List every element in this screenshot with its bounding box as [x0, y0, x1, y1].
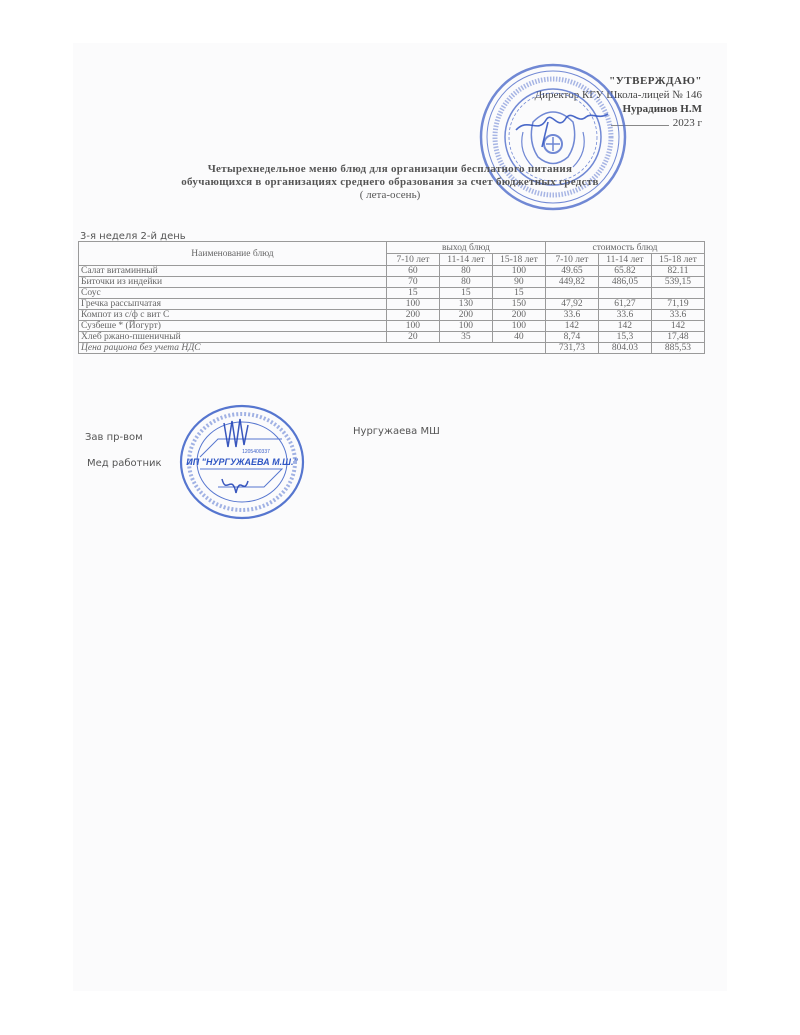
- dish-output: 100: [386, 321, 439, 332]
- svg-text:ИП "НУРГУЖАЕВА М.Ш.": ИП "НУРГУЖАЕВА М.Ш.": [186, 457, 298, 467]
- table-row: Сузбеше * (Йогурт)100100100142142142: [79, 321, 705, 332]
- dish-cost: [651, 288, 704, 299]
- dish-output: 35: [439, 332, 492, 343]
- dish-cost: 49.65: [545, 266, 598, 277]
- dish-name: Хлеб ржано-пшеничный: [79, 332, 387, 343]
- header-dish-name: Наименование блюд: [79, 242, 387, 266]
- dish-cost: [545, 288, 598, 299]
- dish-output: 15: [492, 288, 545, 299]
- total-cost: 731,73: [545, 343, 598, 354]
- dish-output: 15: [439, 288, 492, 299]
- table-row: Компот из с/ф с вит С20020020033.633.633…: [79, 310, 705, 321]
- dish-name: Компот из с/ф с вит С: [79, 310, 387, 321]
- dish-cost: [598, 288, 651, 299]
- table-row: Салат витаминный608010049.6565.8282.11: [79, 266, 705, 277]
- dish-cost: 15,3: [598, 332, 651, 343]
- dish-cost: 33.6: [598, 310, 651, 321]
- dish-output: 200: [492, 310, 545, 321]
- dish-output: 70: [386, 277, 439, 288]
- dish-output: 40: [492, 332, 545, 343]
- dish-output: 20: [386, 332, 439, 343]
- dish-output: 200: [386, 310, 439, 321]
- manager-name: Нургужаева МШ: [353, 426, 440, 437]
- total-cost: 804.03: [598, 343, 651, 354]
- dish-output: 130: [439, 299, 492, 310]
- dish-cost: 82.11: [651, 266, 704, 277]
- table-header-row: Наименование блюд выход блюд стоимость б…: [79, 242, 705, 254]
- dish-cost: 142: [651, 321, 704, 332]
- title-line-2: обучающихся в организациях среднего обра…: [150, 176, 630, 189]
- dish-output: 90: [492, 277, 545, 288]
- dish-output: 200: [439, 310, 492, 321]
- table-row: Биточки из индейки708090449,82486,05539,…: [79, 277, 705, 288]
- dish-cost: 71,19: [651, 299, 704, 310]
- dish-output: 100: [492, 321, 545, 332]
- total-cost: 885,53: [651, 343, 704, 354]
- dish-output: 80: [439, 277, 492, 288]
- table-total-row: Цена рациона без учета НДС 731,73 804.03…: [79, 343, 705, 354]
- dish-output: 100: [386, 299, 439, 310]
- dish-cost: 142: [545, 321, 598, 332]
- dish-cost: 65.82: [598, 266, 651, 277]
- table-row: Гречка рассыпчатая10013015047,9261,2771,…: [79, 299, 705, 310]
- header-age: 11-14 лет: [598, 254, 651, 266]
- dish-output: 60: [386, 266, 439, 277]
- dish-name: Соус: [79, 288, 387, 299]
- header-age: 15-18 лет: [492, 254, 545, 266]
- title-line-1: Четырехнедельное меню блюд для организац…: [150, 163, 630, 176]
- menu-table: Наименование блюд выход блюд стоимость б…: [78, 241, 705, 354]
- dish-cost: 142: [598, 321, 651, 332]
- title-season: ( лета-осень): [150, 189, 630, 202]
- header-age: 11-14 лет: [439, 254, 492, 266]
- header-age: 7-10 лет: [386, 254, 439, 266]
- dish-cost: 486,05: [598, 277, 651, 288]
- header-age: 7-10 лет: [545, 254, 598, 266]
- dish-cost: 33.6: [545, 310, 598, 321]
- header-output-group: выход блюд: [386, 242, 545, 254]
- header-cost-group: стоимость блюд: [545, 242, 704, 254]
- dish-cost: 47,92: [545, 299, 598, 310]
- manager-label: Зав пр-вом: [85, 432, 143, 443]
- dish-name: Сузбеше * (Йогурт): [79, 321, 387, 332]
- dish-name: Салат витаминный: [79, 266, 387, 277]
- dish-cost: 61,27: [598, 299, 651, 310]
- ip-stamp-icon: ИП "НУРГУЖАЕВА М.Ш." 1205400337: [178, 403, 306, 521]
- dish-output: 150: [492, 299, 545, 310]
- svg-text:1205400337: 1205400337: [242, 449, 270, 455]
- dish-cost: 449,82: [545, 277, 598, 288]
- dish-output: 100: [439, 321, 492, 332]
- dish-output: 15: [386, 288, 439, 299]
- dish-output: 80: [439, 266, 492, 277]
- dish-name: Гречка рассыпчатая: [79, 299, 387, 310]
- dish-output: 100: [492, 266, 545, 277]
- table-row: Соус151515: [79, 288, 705, 299]
- table-row: Хлеб ржано-пшеничный2035408,7415,317,48: [79, 332, 705, 343]
- dish-cost: 17,48: [651, 332, 704, 343]
- dish-cost: 33.6: [651, 310, 704, 321]
- header-age: 15-18 лет: [651, 254, 704, 266]
- dish-name: Биточки из индейки: [79, 277, 387, 288]
- dish-cost: 8,74: [545, 332, 598, 343]
- total-label: Цена рациона без учета НДС: [79, 343, 546, 354]
- document-title: Четырехнедельное меню блюд для организац…: [150, 163, 630, 202]
- dish-cost: 539,15: [651, 277, 704, 288]
- medic-label: Мед работник: [87, 458, 162, 469]
